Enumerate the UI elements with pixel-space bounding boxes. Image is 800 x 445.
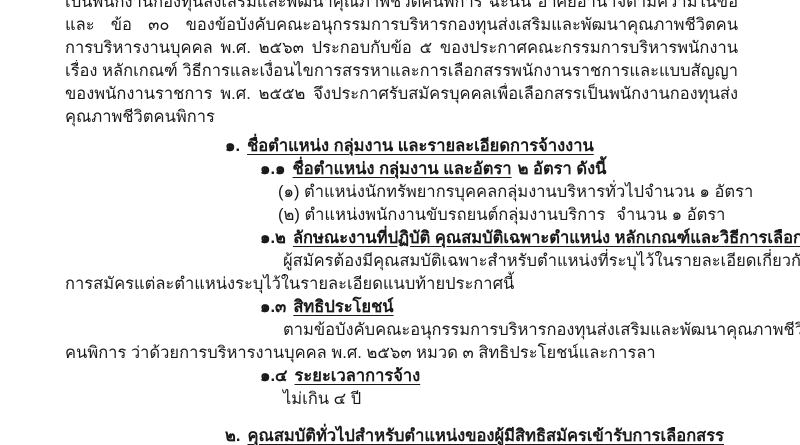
sub-1-2-number: ๑.๒ bbox=[260, 229, 286, 247]
sub-1-2-title: ลักษณะงานที่ปฏิบัติ คุณสมบัติเฉพาะตำแหน่… bbox=[293, 229, 800, 247]
intro-line-1: เป็นพนักงานกองทุนส่งเสริมและพัฒนาคุณภาพช… bbox=[65, 0, 738, 14]
sub-1-3-body-line-1: ตามข้อบังคับคณะอนุกรรมการบริหารกองทุนส่ง… bbox=[283, 319, 738, 342]
sub-1-2-heading: ๑.๒ลักษณะงานที่ปฏิบัติ คุณสมบัติเฉพาะตำแ… bbox=[260, 227, 738, 250]
section-2-number: ๒. bbox=[225, 427, 240, 445]
sub-1-4-body-line-1: ไม่เกิน ๔ ปี bbox=[283, 388, 738, 411]
intro-paragraph: เป็นพนักงานกองทุนส่งเสริมและพัฒนาคุณภาพช… bbox=[65, 0, 738, 129]
section-1-number: ๑. bbox=[225, 137, 240, 155]
section-2-title: คุณสมบัติทั่วไปสำหรับตำแหน่งของผู้มีสิทธ… bbox=[247, 427, 724, 445]
position-1-count: จำนวน ๑ อัตรา bbox=[644, 181, 753, 204]
intro-line-5: ของพนักงานราชการ พ.ศ. ๒๕๕๒ จึงประกาศรับส… bbox=[65, 83, 738, 106]
position-1-group: กลุ่มงานบริหารทั่วไป bbox=[497, 181, 644, 204]
sub-1-1-title: ชื่อตำแหน่ง กลุ่มงาน และอัตรา bbox=[293, 160, 512, 178]
sub-1-3-body-line-2: คนพิการ ว่าด้วยการบริหารงานบุคคล พ.ศ. ๒๕… bbox=[65, 342, 738, 365]
sub-1-3-title: สิทธิประโยชน์ bbox=[293, 298, 393, 316]
intro-line-4: เรื่อง หลักเกณฑ์ วิธีการและเงื่อนไขการสร… bbox=[65, 60, 738, 83]
intro-line-6: คุณภาพชีวิตคนพิการ bbox=[65, 106, 738, 129]
intro-line-2: และ ข้อ ๓๐ ของข้อบังคับคณะอนุกรรมการบริห… bbox=[65, 14, 738, 37]
sub-1-2-body-line-1: ผู้สมัครต้องมีคุณสมบัติเฉพาะสำหรับตำแหน่… bbox=[283, 250, 738, 273]
position-1-title: (๑) ตำแหน่งนักทรัพยากรบุคคล bbox=[278, 181, 497, 204]
sub-1-4-number: ๑.๔ bbox=[260, 367, 288, 385]
position-2-title: (๒) ตำแหน่งพนักงานขับรถยนต์ bbox=[278, 204, 498, 227]
section-1-heading: ๑.ชื่อตำแหน่ง กลุ่มงาน และรายละเอียดการจ… bbox=[225, 135, 738, 158]
section-2-heading: ๒.คุณสมบัติทั่วไปสำหรับตำแหน่งของผู้มีสิ… bbox=[225, 425, 738, 445]
section-1-title: ชื่อตำแหน่ง กลุ่มงาน และรายละเอียดการจ้า… bbox=[247, 137, 594, 155]
sub-1-1-number: ๑.๑ bbox=[260, 160, 286, 178]
position-row-1: (๑) ตำแหน่งนักทรัพยากรบุคคลกลุ่มงานบริหา… bbox=[278, 181, 738, 204]
intro-line-3: การบริหารงานบุคคล พ.ศ. ๒๕๖๓ ประกอบกับข้อ… bbox=[65, 37, 738, 60]
sub-1-4-title: ระยะเวลาการจ้าง bbox=[295, 367, 421, 385]
sub-1-3-heading: ๑.๓สิทธิประโยชน์ bbox=[260, 296, 738, 319]
sub-1-4-heading: ๑.๔ระยะเวลาการจ้าง bbox=[260, 365, 738, 388]
position-2-group: กลุ่มงานบริการ bbox=[498, 204, 616, 227]
sub-1-1-heading: ๑.๑ชื่อตำแหน่ง กลุ่มงาน และอัตรา๒ อัตรา … bbox=[260, 158, 738, 181]
sub-1-2-body-line-2: การสมัครแต่ละตำแหน่งระบุไว้ในรายละเอียดแ… bbox=[65, 273, 738, 296]
document-page: เป็นพนักงานกองทุนส่งเสริมและพัฒนาคุณภาพช… bbox=[0, 0, 800, 445]
position-2-count: จำนวน ๑ อัตรา bbox=[616, 204, 725, 227]
sub-1-1-title-rest: ๒ อัตรา ดังนี้ bbox=[518, 160, 607, 178]
sub-1-3-number: ๑.๓ bbox=[260, 298, 286, 316]
position-row-2: (๒) ตำแหน่งพนักงานขับรถยนต์กลุ่มงานบริกา… bbox=[278, 204, 738, 227]
